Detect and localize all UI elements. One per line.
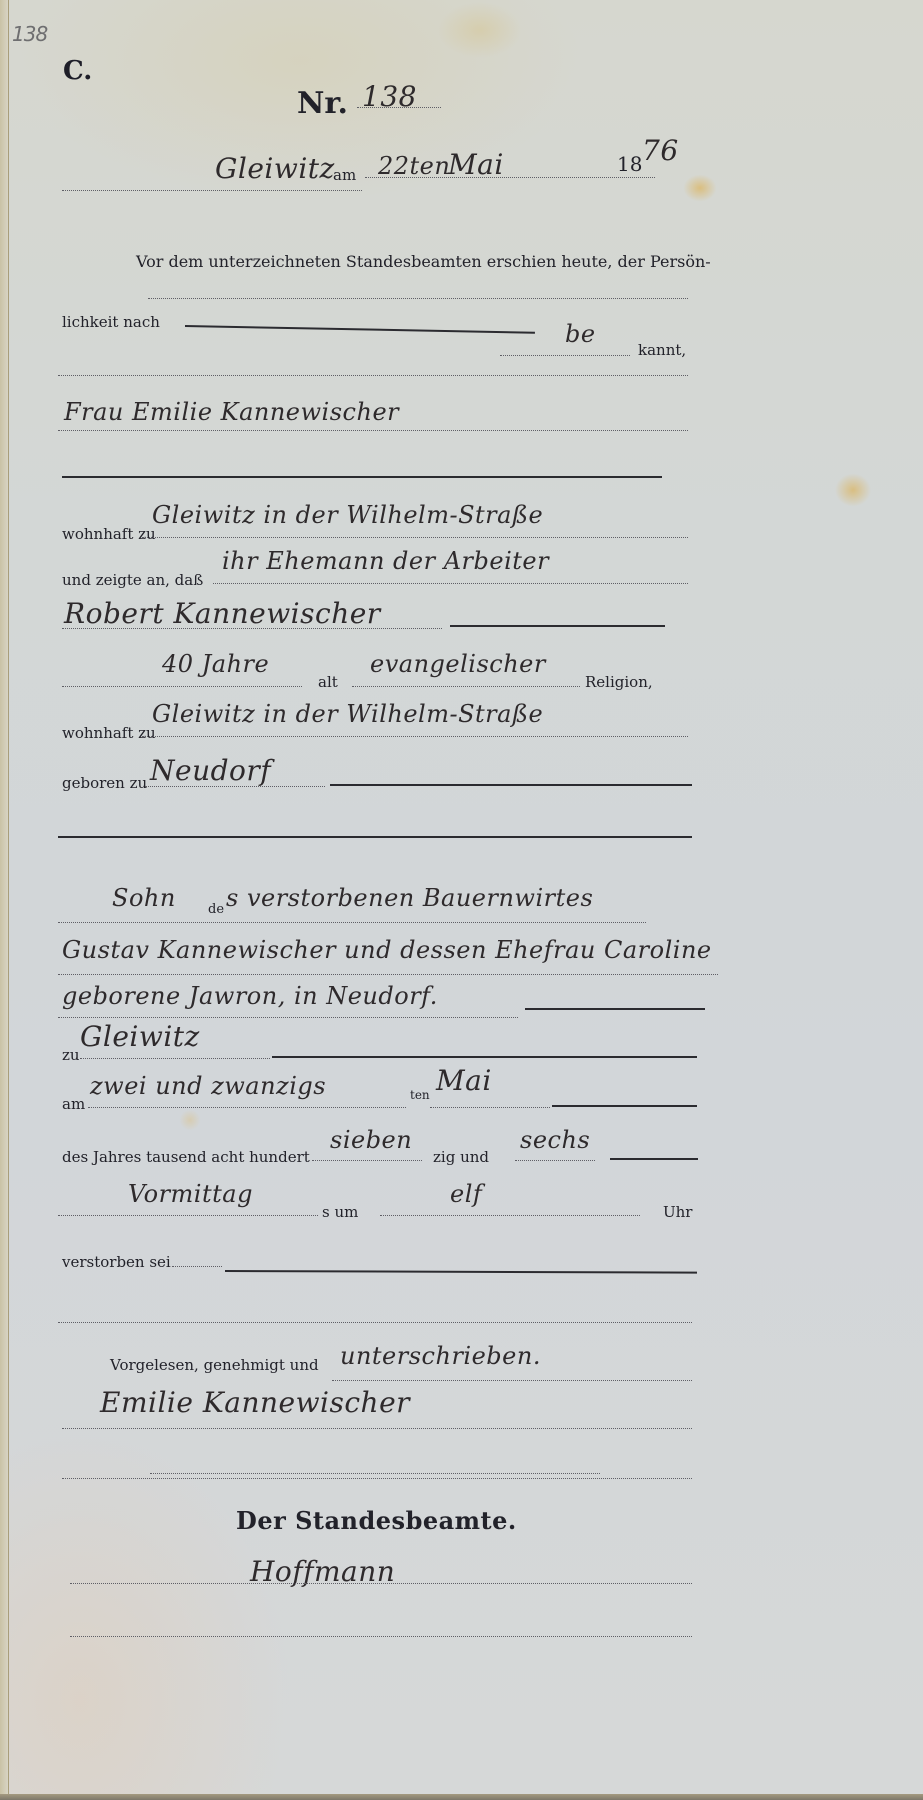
informant-strike-line [62,476,662,478]
religion-label: Religion, [585,673,653,691]
kannt-label: kannt, [638,341,686,359]
parents-prefix: Sohn [112,884,176,912]
zeigte-value: ihr Ehemann der Arbeiter [222,547,549,575]
religion-dotline [352,686,580,687]
jahres-decade: sieben [330,1126,412,1154]
section-strike-line [58,836,692,838]
deceased-dotline [62,628,442,629]
series-letter: C. [63,56,92,86]
religion-value: evangelischer [370,650,546,678]
official-dotline-top [150,1473,600,1474]
blank-dotline-3 [70,1636,692,1637]
year-prefix: 18 [617,152,642,176]
am-dotline [88,1107,406,1108]
zeigte-dotline [213,583,688,584]
informant-signature: Emilie Kannewischer [100,1386,410,1419]
jahres-strike-line [610,1158,698,1160]
informant-name: Frau Emilie Kannewischer [64,398,399,426]
am-label: am [62,1095,85,1113]
month-strike-line [552,1105,697,1107]
parents-strike-line [525,1008,705,1010]
date-am-label: am [333,166,356,184]
vorgelesen-dotline [332,1380,692,1381]
death-month: Mai [436,1064,492,1097]
page-binding-edge [0,0,9,1800]
age-value: 40 Jahre [162,650,269,678]
zeigte-label: und zeigte an, daß [62,571,203,589]
jahres-decade-dotline [312,1160,422,1161]
hour-value: elf [450,1180,482,1208]
jahres-label: des Jahres tausend acht hundert [62,1148,310,1166]
zig-label: zig und [433,1148,489,1166]
parents-dotline-1 [58,922,646,923]
persoenlichkeit-dotline-top [148,298,688,299]
blank-dotline-1 [58,1322,692,1323]
official-title: Der Standesbeamte. [236,1506,517,1535]
entry-number: 138 [362,80,417,113]
date-day: 22ten [378,152,450,180]
alt-label: alt [318,673,338,691]
official-signature-dotline [70,1583,692,1584]
geboren-value: Neudorf [150,754,271,787]
year-suffix: 76 [642,134,679,167]
tageszeit-dotline [58,1215,318,1216]
informant-dotline-top [58,375,688,376]
blank-dotline-2 [62,1478,692,1479]
age-dotline [62,686,302,687]
wohnhaft-label-1: wohnhaft zu [62,525,156,543]
zu-strike-line [272,1056,697,1058]
verstorben-dotline [172,1266,222,1267]
parents-de-label: de [208,902,224,917]
parents-line-2: Gustav Kannewischer und dessen Ehefrau C… [62,936,712,964]
parents-dotline-3 [58,1017,518,1018]
vorgelesen-value: unterschrieben. [340,1342,541,1370]
parents-dotline-2 [58,974,718,975]
wohnhaft-value-1: Gleiwitz in der Wilhelm-Straße [152,501,543,529]
intro-text: Vor dem unterzeichneten Standesbeamten e… [136,252,711,271]
death-place: Gleiwitz [80,1020,200,1053]
jahres-unit-dotline [515,1160,595,1161]
kannt-dotline [500,355,630,356]
death-day: zwei und zwanzigs [90,1072,326,1100]
page-bottom-edge [0,1794,923,1800]
s-um-label: s um [322,1203,358,1221]
place-dotline [62,190,362,191]
vorgelesen-label: Vorgelesen, genehmigt und [110,1356,319,1374]
register-page: 138 C. Nr. 138 Gleiwitz am 22ten Mai 18 … [0,0,923,1800]
pencil-page-number: 138 [12,22,47,46]
geboren-label: geboren zu [62,774,147,792]
ten-label: ten [410,1088,430,1102]
persoenlichkeit-label: lichkeit nach [62,313,160,331]
deceased-strike-line [450,625,665,627]
place-value: Gleiwitz [215,152,335,185]
informant-signature-dotline [62,1428,692,1429]
number-label: Nr. [297,86,348,121]
month-dotline [430,1107,550,1108]
jahres-unit: sechs [520,1126,590,1154]
tageszeit-value: Vormittag [128,1180,253,1208]
wohnhaft-label-2: wohnhaft zu [62,724,156,742]
persoenlichkeit-strike-line [185,325,535,334]
informant-dotline [58,430,688,431]
persoenlichkeit-value: be [565,320,596,348]
number-dotline [357,107,441,108]
parents-line-3: geborene Jawron, in Neudorf. [62,982,438,1010]
geboren-strike-line [330,784,692,786]
deceased-name: Robert Kannewischer [64,597,381,630]
parents-line-1: s verstorbenen Bauernwirtes [226,884,593,912]
wohnhaft-dotline-2 [142,736,688,737]
wohnhaft-dotline-1 [142,537,688,538]
verstorben-label: verstorben sei [62,1253,171,1271]
zu-label: zu [62,1046,80,1064]
verstorben-strike-line [225,1270,697,1274]
date-month: Mai [448,148,504,181]
uhr-label: Uhr [663,1203,692,1221]
zu-dotline [80,1058,270,1059]
hour-dotline [380,1215,640,1216]
wohnhaft-value-2: Gleiwitz in der Wilhelm-Straße [152,700,543,728]
